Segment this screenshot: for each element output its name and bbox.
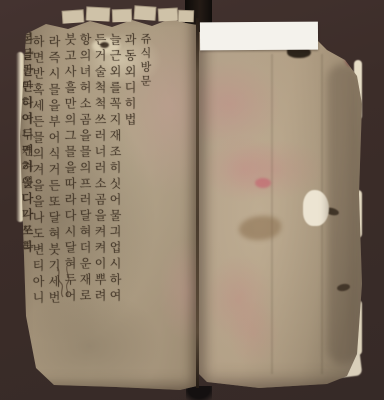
archival-label [200,22,318,51]
page-edge-tab [134,5,157,21]
right-blank-page [199,24,362,388]
white-torn-patch [303,190,329,226]
edge-damage-band [327,64,359,364]
page-edge-tab [178,10,194,23]
page-edge-tab [158,7,179,21]
paper-crease [271,54,273,374]
page-edge-tab [112,9,132,23]
page-edge-tab [86,6,111,21]
red-smear [330,23,359,45]
pink-stain-spot [255,178,271,188]
left-manuscript-page: 쥬식방문 과동외디히법 늘근외를꼭지재조히싯어물긔업시하여 든거술척척쓰러너러소… [20,16,197,390]
page-gutter [196,18,199,388]
recipe-heading-column: 과동외디히법 [123,33,137,129]
text-column: 늘근외를꼭지재조히싯어물긔업시하여 [108,33,122,305]
spine-binding-bottom [186,386,212,400]
brown-stain [239,216,281,240]
page-edge-tab [62,9,85,24]
photo-backdrop: 쥬식방문 과동외디히법 늘근외를꼭지재조히싯어물긔업시하여 든거술척척쓰러너러소… [0,0,384,400]
marginal-scribble [52,264,78,300]
text-column: 든거술척척쓰러너러소곰을켜켜이뿌려 [93,33,107,305]
text-column: 항의녀허소곰을믈의프러달혀더운재로 [78,33,92,305]
manuscript-title-column: 쥬식방문 [138,33,152,89]
